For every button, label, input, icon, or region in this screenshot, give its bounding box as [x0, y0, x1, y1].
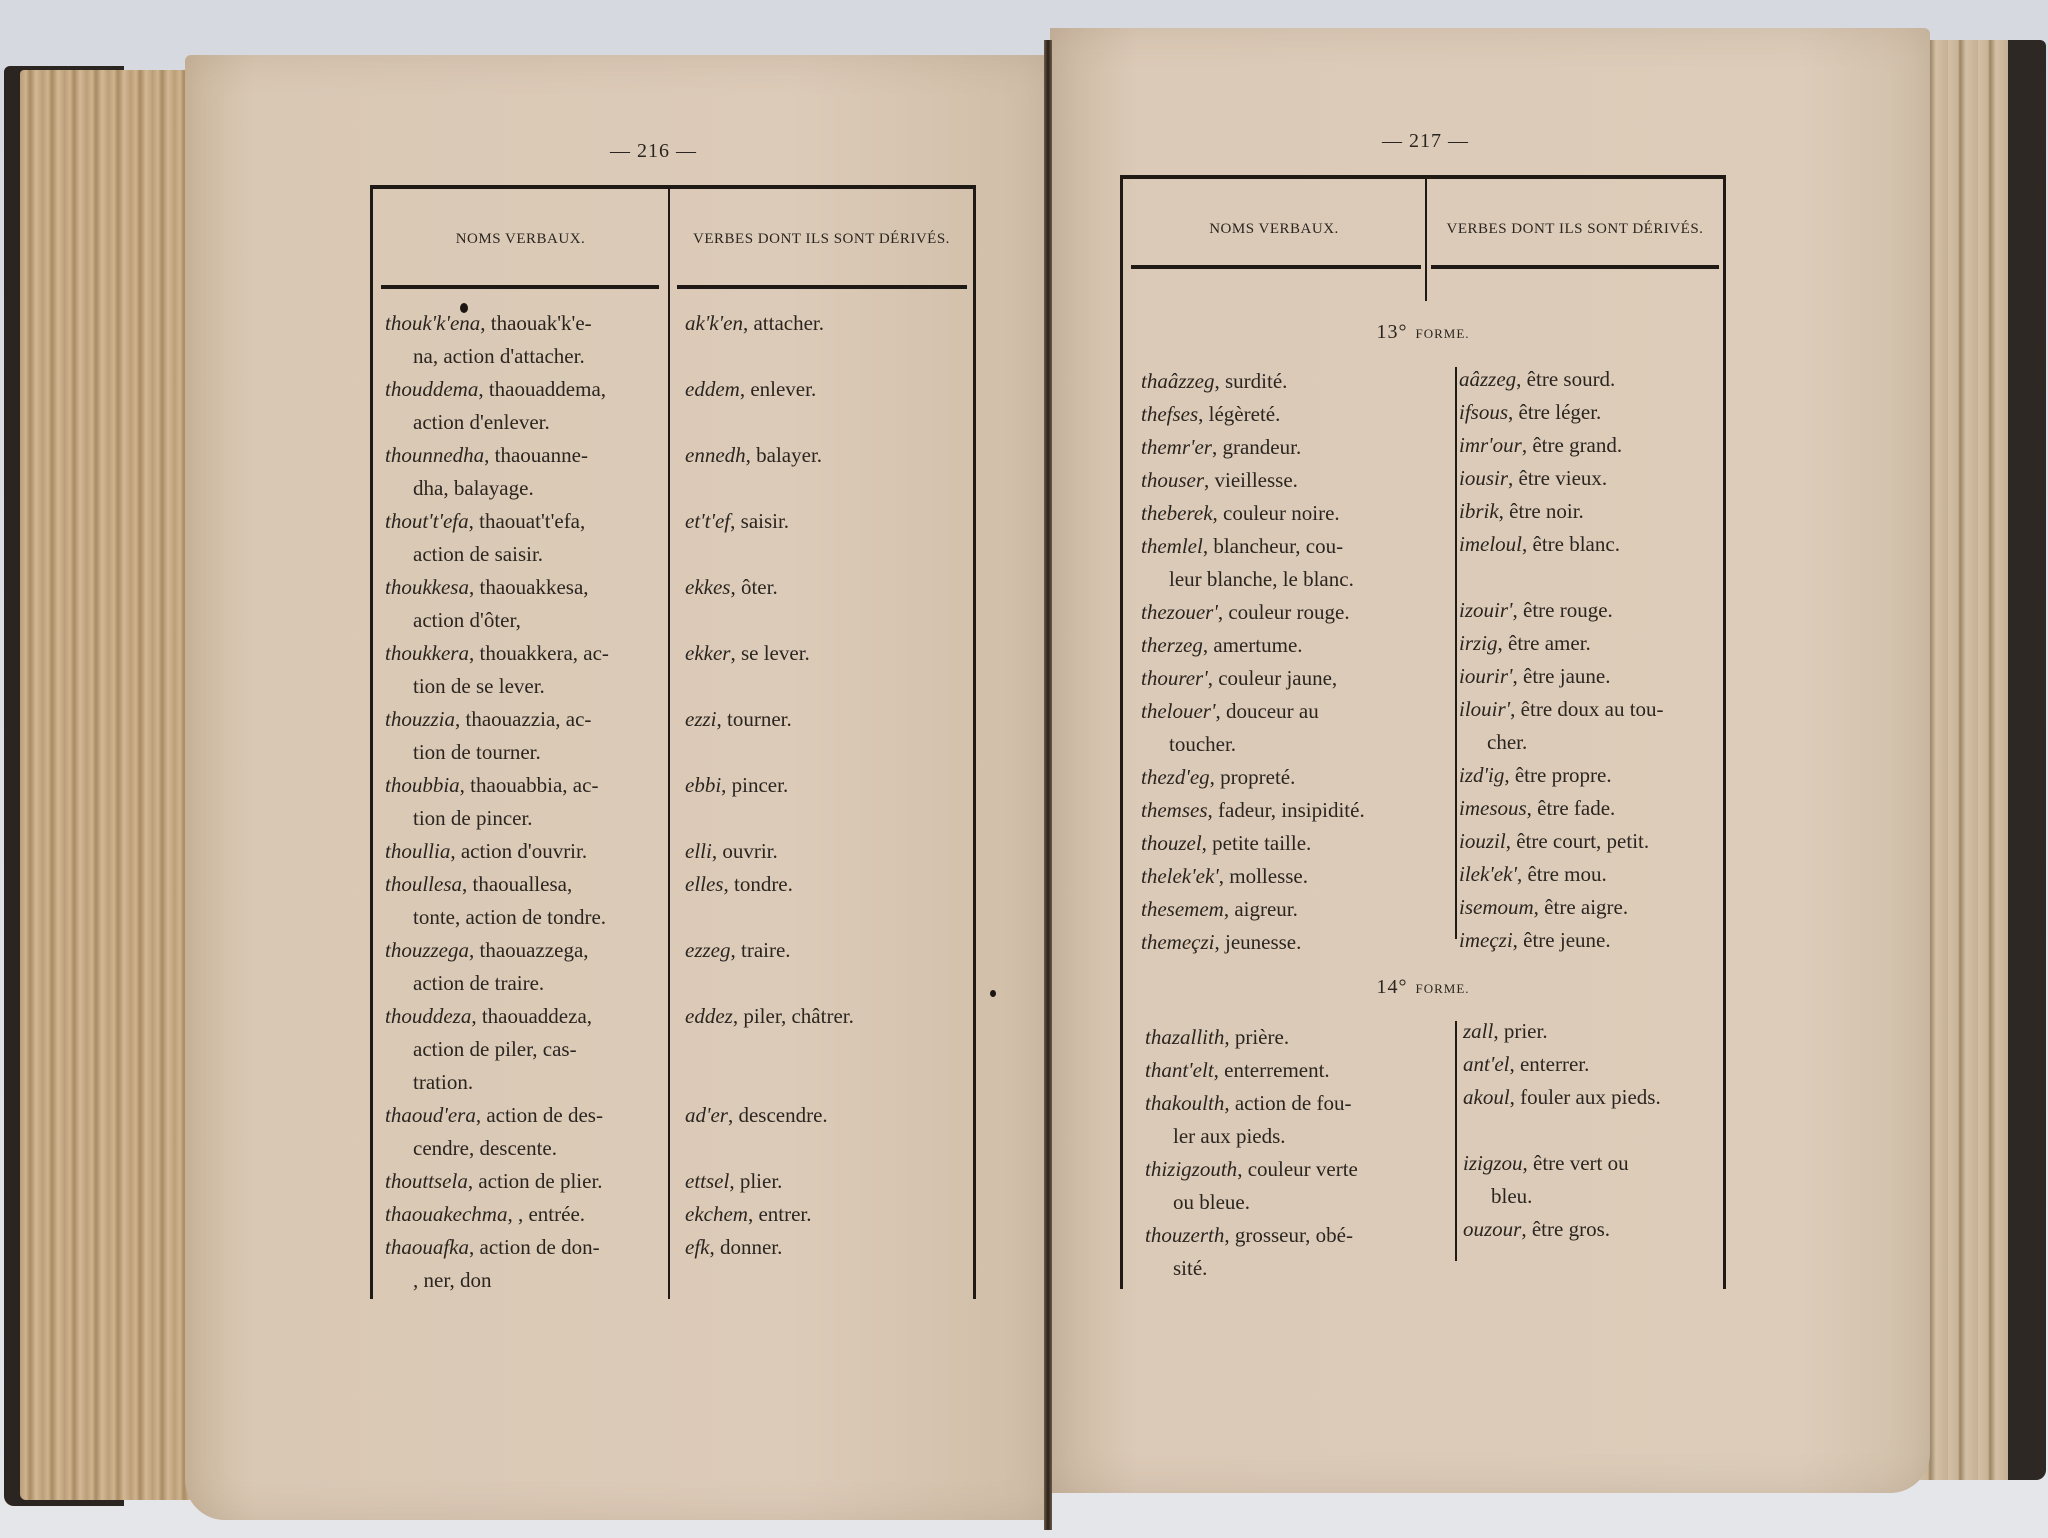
- section-14-verbs: zall, prier.ant'el, enterrer.akoul, foul…: [1463, 1015, 1661, 1279]
- book-gutter: [1044, 40, 1052, 1530]
- entry-continuation: toucher.: [1141, 728, 1365, 761]
- entry-line: thouser, vieillesse.: [1141, 464, 1365, 497]
- entry-line: thefses, légèreté.: [1141, 398, 1365, 431]
- right-table: NOMS VERBAUX. VERBES DONT ILS SONT DÉRIV…: [1120, 175, 1726, 1289]
- section-title-13-forme: 13°FORME.: [1123, 321, 1723, 344]
- entry-line: thaoud'era, action de des-: [385, 1099, 665, 1132]
- entry-line: thounnedha, thaouanne-: [385, 439, 665, 472]
- header-rule-right: [677, 285, 967, 289]
- entry-line: thant'elt, enterrement.: [1145, 1054, 1358, 1087]
- entry-continuation: action d'ôter,: [385, 604, 665, 637]
- entry-line: ebbi, pincer.: [685, 769, 965, 802]
- entry-line: ilek'ek', être mou.: [1459, 858, 1664, 891]
- entry-line: thoukkera, thouakkera, ac-: [385, 637, 665, 670]
- entry-line: thelek'ek', mollesse.: [1141, 860, 1365, 893]
- entry-line: ekkes, ôter.: [685, 571, 965, 604]
- entry-line: thoullesa, thaouallesa,: [385, 868, 665, 901]
- entry-line: izouir', être rouge.: [1459, 594, 1664, 627]
- section-word: FORME.: [1415, 326, 1469, 341]
- ink-spot: [460, 303, 468, 313]
- entry-line: elli, ouvrir.: [685, 835, 965, 868]
- entry-continuation: cendre, descente.: [385, 1132, 665, 1165]
- entry-line: eddez, piler, châtrer.: [685, 1000, 965, 1033]
- entry-line: thouddeza, thaouaddeza,: [385, 1000, 665, 1033]
- entry-line: themses, fadeur, insipidité.: [1141, 794, 1365, 827]
- entry-continuation: dha, balayage.: [385, 472, 665, 505]
- entry-line: thouzel, petite taille.: [1141, 827, 1365, 860]
- entry-continuation: ou bleue.: [1145, 1186, 1358, 1219]
- column-divider: [668, 189, 670, 1299]
- entry-line: thouddema, thaouaddema,: [385, 373, 665, 406]
- entry-line: thouzzia, thaouazzia, ac-: [385, 703, 665, 736]
- entry-line: thezouer', couleur rouge.: [1141, 596, 1365, 629]
- entry-line: ad'er, descendre.: [685, 1099, 965, 1132]
- entry-line: thoullia, action d'ouvrir.: [385, 835, 665, 868]
- entry-line: thezd'eg, propreté.: [1141, 761, 1365, 794]
- page-edges-left: [20, 70, 200, 1500]
- header-noms-verbaux: NOMS VERBAUX.: [1123, 179, 1425, 279]
- entry-continuation: cher.: [1459, 726, 1664, 759]
- entry-line: thouzerth, grosseur, obé-: [1145, 1219, 1358, 1252]
- entry-line: thizigzouth, couleur verte: [1145, 1153, 1358, 1186]
- entry-continuation: bleu.: [1463, 1180, 1661, 1213]
- entry-line: thaouafka, action de don-: [385, 1231, 665, 1264]
- entry-line: thaouakechma, , entrée.: [385, 1198, 665, 1231]
- entry-continuation: tion de tourner.: [385, 736, 665, 769]
- entry-line: imeloul, être blanc.: [1459, 528, 1664, 561]
- entry-line: ak'k'en, attacher.: [685, 307, 965, 340]
- entry-line: iourir', être jaune.: [1459, 660, 1664, 693]
- entry-line: iouzil, être court, petit.: [1459, 825, 1664, 858]
- header-verbes-derives: VERBES DONT ILS SONT DÉRIVÉS.: [1427, 179, 1723, 279]
- entry-line: zall, prier.: [1463, 1015, 1661, 1048]
- entry-line: theberek, couleur noire.: [1141, 497, 1365, 530]
- entry-continuation: tion de se lever.: [385, 670, 665, 703]
- entry-line: ekchem, entrer.: [685, 1198, 965, 1231]
- entry-line: thakoulth, action de fou-: [1145, 1087, 1358, 1120]
- ink-spot: [990, 990, 996, 997]
- header-rule-right: [1431, 265, 1719, 269]
- entry-continuation: ler aux pieds.: [1145, 1120, 1358, 1153]
- entry-line: themlel, blancheur, cou-: [1141, 530, 1365, 563]
- section-title-14-forme: 14°FORME.: [1123, 976, 1723, 999]
- section-13-nouns: thaâzzeg, surdité.thefses, légèreté.them…: [1141, 365, 1365, 959]
- entry-line: thout't'efa, thaouat't'efa,: [385, 505, 665, 538]
- section-13-divider: [1455, 367, 1457, 939]
- left-table: NOMS VERBAUX. VERBES DONT ILS SONT DÉRIV…: [370, 185, 976, 1299]
- entry-line: ezzeg, traire.: [685, 934, 965, 967]
- entry-line: ifsous, être léger.: [1459, 396, 1664, 429]
- entry-line: et't'ef, saisir.: [685, 505, 965, 538]
- entry-line: ilouir', être doux au tou-: [1459, 693, 1664, 726]
- entry-line: imesous, être fade.: [1459, 792, 1664, 825]
- entry-line: themr'er, grandeur.: [1141, 431, 1365, 464]
- header-rule-left: [381, 285, 659, 289]
- entry-line: ennedh, balayer.: [685, 439, 965, 472]
- entry-line: ettsel, plier.: [685, 1165, 965, 1198]
- entry-line: iousir, être vieux.: [1459, 462, 1664, 495]
- entry-line: eddem, enlever.: [685, 373, 965, 406]
- section-13-verbs: aâzzeg, être sourd.ifsous, être léger.im…: [1459, 363, 1664, 957]
- header-noms-verbaux: NOMS VERBAUX.: [373, 189, 668, 289]
- entry-continuation: action de piler, cas-: [385, 1033, 665, 1066]
- page-number-left: — 216 —: [610, 140, 697, 163]
- entry-line: akoul, fouler aux pieds.: [1463, 1081, 1661, 1114]
- header-rule-left: [1131, 265, 1421, 269]
- entry-line: imr'our, être grand.: [1459, 429, 1664, 462]
- page-number-right: — 217 —: [1382, 130, 1469, 153]
- entry-line: irzig, être amer.: [1459, 627, 1664, 660]
- entry-line: izigzou, être vert ou: [1463, 1147, 1661, 1180]
- entry-line: thesemem, aigreur.: [1141, 893, 1365, 926]
- entry-line: themeçzi, jeunesse.: [1141, 926, 1365, 959]
- entry-line: isemoum, être aigre.: [1459, 891, 1664, 924]
- entry-continuation: tonte, action de tondre.: [385, 901, 665, 934]
- entry-line: ibrik, être noir.: [1459, 495, 1664, 528]
- entry-line: ouzour, être gros.: [1463, 1213, 1661, 1246]
- entry-continuation: sité.: [1145, 1252, 1358, 1285]
- entry-continuation: leur blanche, le blanc.: [1141, 563, 1365, 596]
- entry-line: izd'ig, être propre.: [1459, 759, 1664, 792]
- entry-line: efk, donner.: [685, 1231, 965, 1264]
- entry-line: aâzzeg, être sourd.: [1459, 363, 1664, 396]
- entry-line: ezzi, tourner.: [685, 703, 965, 736]
- entry-line: thaâzzeg, surdité.: [1141, 365, 1365, 398]
- entry-line: thelouer', douceur au: [1141, 695, 1365, 728]
- left-verbs-column: ak'k'en, attacher. eddem, enlever. enned…: [685, 307, 965, 1297]
- entry-continuation: tion de pincer.: [385, 802, 665, 835]
- entry-line: ant'el, enterrer.: [1463, 1048, 1661, 1081]
- section-14-divider: [1455, 1021, 1457, 1261]
- entry-line: thoukkesa, thaouakkesa,: [385, 571, 665, 604]
- header-verbes-derives: VERBES DONT ILS SONT DÉRIVÉS.: [670, 189, 973, 289]
- entry-line: therzeg, amertume.: [1141, 629, 1365, 662]
- entry-line: thouk'k'ena, thaouak'k'e-: [385, 307, 665, 340]
- section-number: 14°: [1376, 976, 1407, 998]
- section-14-nouns: thazallith, prière.thant'elt, enterremen…: [1145, 1021, 1358, 1285]
- entry-line: ekker, se lever.: [685, 637, 965, 670]
- section-number: 13°: [1376, 321, 1407, 343]
- entry-continuation: action d'enlever.: [385, 406, 665, 439]
- entry-line: thouzzega, thaouazzega,: [385, 934, 665, 967]
- entry-continuation: , ner, don: [385, 1264, 665, 1297]
- entry-line: thouttsela, action de plier.: [385, 1165, 665, 1198]
- entry-continuation: action de traire.: [385, 967, 665, 1000]
- entry-line: thazallith, prière.: [1145, 1021, 1358, 1054]
- entry-continuation: na, action d'attacher.: [385, 340, 665, 373]
- entry-line: imeçzi, être jeune.: [1459, 924, 1664, 957]
- left-nouns-column: thouk'k'ena, thaouak'k'e-na, action d'at…: [385, 307, 665, 1297]
- entry-line: thourer', couleur jaune,: [1141, 662, 1365, 695]
- entry-line: elles, tondre.: [685, 868, 965, 901]
- entry-continuation: tration.: [385, 1066, 665, 1099]
- entry-line: thoubbia, thaouabbia, ac-: [385, 769, 665, 802]
- section-word: FORME.: [1415, 981, 1469, 996]
- entry-continuation: action de saisir.: [385, 538, 665, 571]
